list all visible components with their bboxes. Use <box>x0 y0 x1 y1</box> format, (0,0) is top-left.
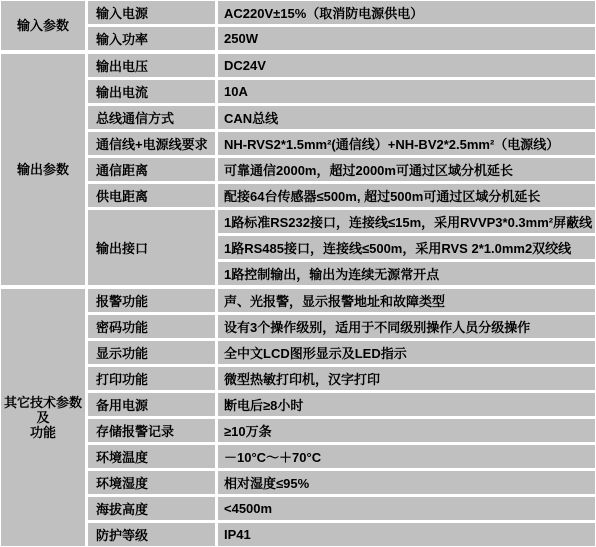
param-value: 1路控制输出，输出为连续无源常开点 <box>218 262 595 285</box>
param-label: 供电距离 <box>88 184 215 207</box>
param-label: 备用电源 <box>88 393 215 416</box>
param-label: 打印功能 <box>88 367 215 390</box>
param-value: NH-RVS2*1.5mm²(通信线）+NH-BV2*2.5mm²（电源线） <box>218 132 595 155</box>
param-label: 总线通信方式 <box>88 106 215 129</box>
category-cell-input: 输入参数 <box>1 1 85 50</box>
param-value: 设有3个操作级别，适用于不同级别操作人员分级操作 <box>218 315 595 338</box>
param-value: DC24V <box>218 54 595 77</box>
param-label: 海拔高度 <box>88 497 215 520</box>
param-label: 通信距离 <box>88 158 215 181</box>
param-value: 微型热敏打印机，汉字打印 <box>218 367 595 390</box>
param-value: 声、光报警，显示报警地址和故障类型 <box>218 289 595 312</box>
param-value: IP41 <box>218 523 595 546</box>
category-cell-output: 输出参数 <box>1 54 85 285</box>
param-value: CAN总线 <box>218 106 595 129</box>
param-label: 密码功能 <box>88 315 215 338</box>
param-label: 环境温度 <box>88 445 215 468</box>
section-input-params: 输入参数 输入电源 AC220V±15%（取消防电源供电） 输入功率 250W <box>1 1 595 50</box>
category-cell-other: 其它技术参数及 功能 <box>1 289 85 546</box>
section-output-params: 输出参数 输出电压 DC24V 输出电流 10A 总线通信方式 CAN总线 通信… <box>1 54 595 285</box>
param-label: 通信线+电源线要求 <box>88 132 215 155</box>
param-value: 10A <box>218 80 595 103</box>
param-label: 输入电源 <box>88 1 215 24</box>
param-label: 输出电压 <box>88 54 215 77</box>
param-label: 防护等级 <box>88 523 215 546</box>
param-value: 相对湿度≤95% <box>218 471 595 494</box>
param-value: 1路标准RS232接口，连接线≤15m，采用RVVP3*0.3mm²屏蔽线 <box>218 210 595 233</box>
section-other-params: 其它技术参数及 功能 报警功能 声、光报警，显示报警地址和故障类型 密码功能 设… <box>1 289 595 546</box>
param-value: 配接64台传感器≤500m, 超过500m可通过区域分机延长 <box>218 184 595 207</box>
param-value: 1路RS485接口，连接线≤500m，采用RVS 2*1.0mm2双绞线 <box>218 236 595 259</box>
param-value: 250W <box>218 27 595 50</box>
param-value: 全中文LCD图形显示及LED指示 <box>218 341 595 364</box>
param-value: ≥10万条 <box>218 419 595 442</box>
param-label: 环境湿度 <box>88 471 215 494</box>
param-label: 输出电流 <box>88 80 215 103</box>
spec-table: 输入参数 输入电源 AC220V±15%（取消防电源供电） 输入功率 250W … <box>0 0 596 547</box>
param-label: 输入功率 <box>88 27 215 50</box>
param-value: 可靠通信2000m，超过2000m可通过区域分机延长 <box>218 158 595 181</box>
param-value: <4500m <box>218 497 595 520</box>
param-value: －10°C～＋70°C <box>218 445 595 468</box>
param-value: AC220V±15%（取消防电源供电） <box>218 1 595 24</box>
param-label: 存储报警记录 <box>88 419 215 442</box>
param-label-output-interface: 输出接口 <box>88 210 215 285</box>
param-label: 报警功能 <box>88 289 215 312</box>
param-label: 显示功能 <box>88 341 215 364</box>
param-value: 断电后≥8小时 <box>218 393 595 416</box>
